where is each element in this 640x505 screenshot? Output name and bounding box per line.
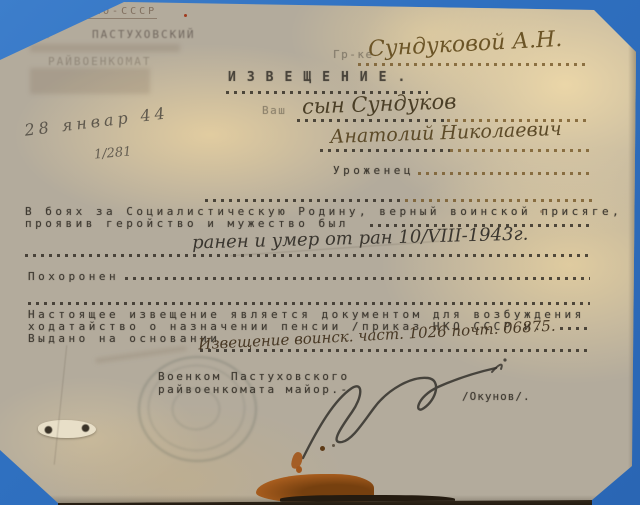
dotted-line (405, 199, 593, 202)
dotted-line (200, 349, 592, 352)
speck (184, 14, 187, 17)
notice-paper: НКО-СССР Ур. ПАСТУХОВСКИЙ РАЙВОЕНКОМАТ Г… (0, 0, 640, 505)
born-label: Уроженец (333, 164, 414, 177)
signer-title-line1: Военком Пастуховского (158, 370, 350, 383)
dotted-line (28, 302, 590, 305)
document-photo: НКО-СССР Ур. ПАСТУХОВСКИЙ РАЙВОЕНКОМАТ Г… (0, 0, 640, 505)
letterhead-smudge (30, 44, 180, 52)
full-name-handwritten: Анатолий Николаевич (330, 118, 562, 148)
margin-date-handwritten: 28 январ 44 (23, 103, 169, 140)
dotted-line (25, 254, 592, 257)
speck (540, 210, 543, 213)
paper-tear (38, 420, 96, 438)
paper-crease (54, 345, 68, 464)
signer-name-typed: /Окунов/. (462, 390, 531, 403)
notice-title: ИЗВЕЩЕНИЕ. (228, 70, 416, 85)
dotted-line (125, 277, 590, 280)
addressee-name-handwritten: Сундуковой А.Н. (367, 27, 562, 62)
letterhead-smudge (30, 68, 150, 94)
dotted-line (320, 149, 450, 152)
signer-title-line2: райвоенкомата майор.- (158, 383, 350, 396)
dotted-line (560, 327, 592, 330)
rust-dot (296, 466, 302, 473)
speck (332, 444, 335, 447)
relation-handwritten: сын Сундуков (302, 89, 457, 118)
dotted-line (418, 172, 593, 175)
letterhead-line2: ПАСТУХОВСКИЙ (92, 28, 195, 41)
dotted-line (358, 63, 590, 66)
body-line2: проявив геройство и мужество был (25, 217, 349, 230)
dotted-line (205, 199, 405, 202)
buried-label: Похоронен (28, 270, 119, 283)
dotted-line (450, 149, 592, 152)
margin-number-handwritten: 1/281 (93, 144, 132, 162)
letterhead-line1: Ур. (28, 28, 54, 41)
letterhead-org: НКО-СССР (85, 6, 157, 19)
letterhead-line3: РАЙВОЕНКОМАТ (48, 55, 151, 68)
note-line3: Выдано на основании (28, 332, 220, 345)
dotted-line (297, 119, 447, 122)
rust-dot (320, 446, 325, 451)
your-label: Ваш (262, 104, 286, 117)
